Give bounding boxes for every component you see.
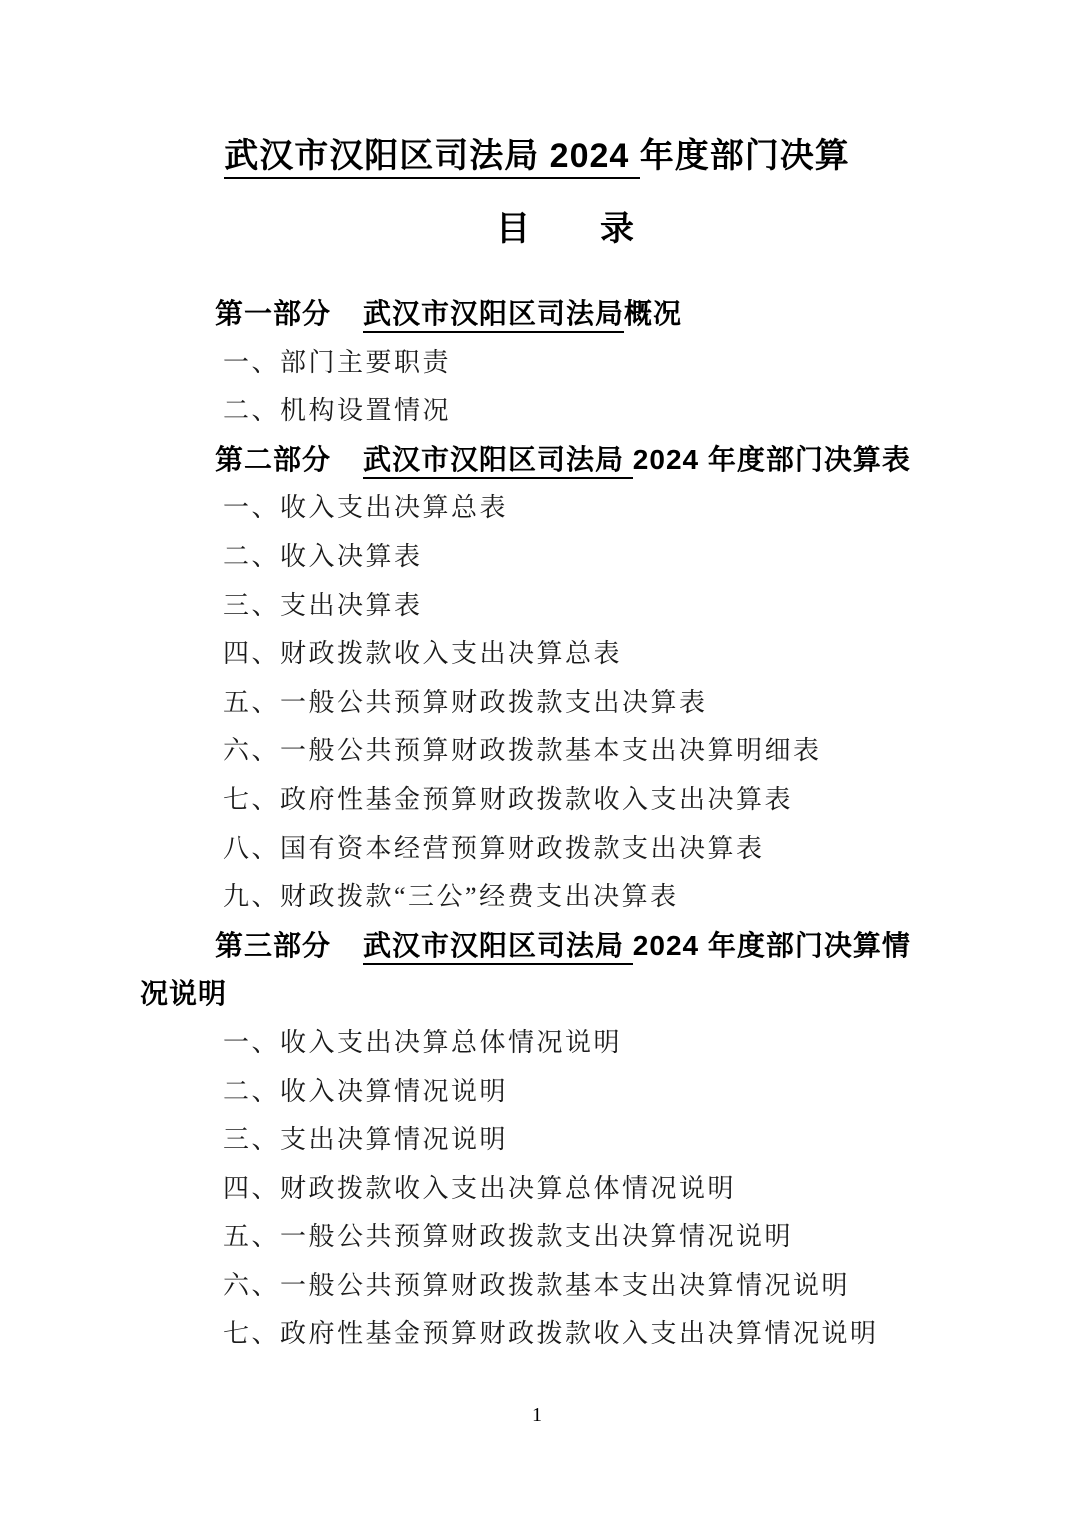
- toc-item: 三、支出决算情况说明: [140, 1116, 934, 1165]
- document-title: 武汉市汉阳区司法局 2024 年度部门决算: [0, 134, 1074, 178]
- section-label: 第一部分: [215, 298, 331, 329]
- section-title-underlined-text: 武汉市汉阳区司法局: [363, 444, 633, 479]
- section-title-underlined-text: 武汉市汉阳区司法局: [363, 298, 624, 333]
- toc-item: 三、支出决算表: [140, 582, 934, 631]
- toc-section: 第三部分武汉市汉阳区司法局 2024 年度部门决算情况说明 一、收入支出决算总体…: [140, 922, 934, 1359]
- toc-section: 第一部分武汉市汉阳区司法局概况 一、部门主要职责 二、机构设置情况: [140, 290, 934, 436]
- section-heading: 第一部分武汉市汉阳区司法局概况: [140, 290, 934, 339]
- section-item-list: 一、收入支出决算总体情况说明 二、收入决算情况说明 三、支出决算情况说明 四、财…: [140, 1019, 934, 1359]
- section-item-list: 一、部门主要职责 二、机构设置情况: [140, 339, 934, 436]
- toc-item: 六、一般公共预算财政拨款基本支出决算情况说明: [140, 1262, 934, 1311]
- toc-section: 第二部分武汉市汉阳区司法局 2024 年度部门决算表 一、收入支出决算总表 二、…: [140, 436, 934, 922]
- section-title-underlined-text: 武汉市汉阳区司法局: [363, 930, 633, 965]
- toc-sections: 第一部分武汉市汉阳区司法局概况 一、部门主要职责 二、机构设置情况 第二部分武汉…: [140, 290, 934, 1359]
- toc-item: 二、收入决算表: [140, 533, 934, 582]
- toc-item: 一、收入支出决算总表: [140, 484, 934, 533]
- section-label: 第三部分: [215, 930, 331, 961]
- section-title-rest-text: 2024 年度部门决算表: [633, 444, 911, 475]
- document-page: 武汉市汉阳区司法局 2024 年度部门决算 目录 第一部分武汉市汉阳区司法局概况…: [0, 0, 1074, 1520]
- toc-heading-left-char: 目: [496, 210, 530, 248]
- toc-item: 五、一般公共预算财政拨款支出决算情况说明: [140, 1213, 934, 1262]
- toc-item: 一、部门主要职责: [140, 339, 934, 388]
- section-item-list: 一、收入支出决算总表 二、收入决算表 三、支出决算表 四、财政拨款收入支出决算总…: [140, 484, 934, 921]
- document-title-underlined-text: 武汉市汉阳区司法局 2024: [224, 137, 640, 179]
- toc-item: 八、国有资本经营预算财政拨款支出决算表: [140, 825, 934, 874]
- toc-heading: 目录: [0, 206, 1074, 252]
- toc-item: 七、政府性基金预算财政拨款收入支出决算情况说明: [140, 1310, 934, 1359]
- toc-item: 七、政府性基金预算财政拨款收入支出决算表: [140, 776, 934, 825]
- toc-item: 九、财政拨款“三公”经费支出决算表: [140, 873, 934, 922]
- toc-heading-right-char: 录: [600, 210, 634, 248]
- section-heading: 第三部分武汉市汉阳区司法局 2024 年度部门决算情况说明: [140, 922, 934, 1019]
- toc-item: 四、财政拨款收入支出决算总体情况说明: [140, 1165, 934, 1214]
- toc-item: 二、机构设置情况: [140, 387, 934, 436]
- section-heading: 第二部分武汉市汉阳区司法局 2024 年度部门决算表: [140, 436, 934, 485]
- toc-item: 六、一般公共预算财政拨款基本支出决算明细表: [140, 727, 934, 776]
- section-title-rest-text: 概况: [624, 298, 682, 329]
- toc-item: 二、收入决算情况说明: [140, 1068, 934, 1117]
- page-number: 1: [0, 1402, 1074, 1428]
- section-label: 第二部分: [215, 444, 331, 475]
- toc-item: 四、财政拨款收入支出决算总表: [140, 630, 934, 679]
- document-title-rest-text: 年度部门决算: [640, 137, 850, 175]
- toc-item: 五、一般公共预算财政拨款支出决算表: [140, 679, 934, 728]
- toc-item: 一、收入支出决算总体情况说明: [140, 1019, 934, 1068]
